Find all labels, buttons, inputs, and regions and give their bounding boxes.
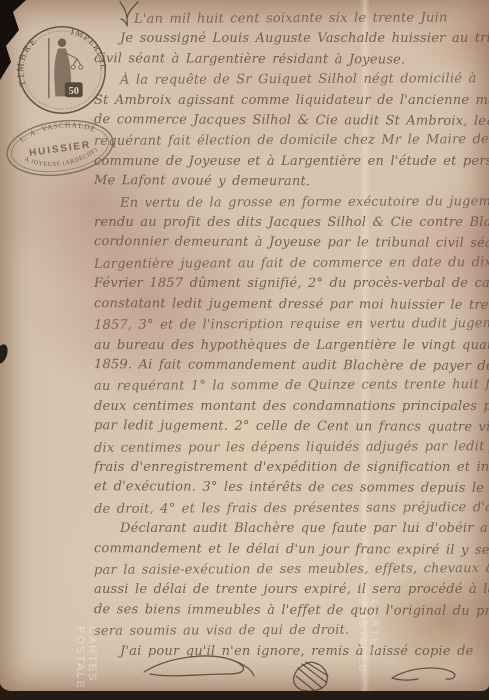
manuscript-line: Me Lafont avoué y demeurant. <box>94 171 485 193</box>
manuscript-line: de ses biens immeubles à l'effet de quoi… <box>94 600 485 622</box>
manuscript-line: Largentière jugeant au fait de commerce … <box>94 253 485 275</box>
manuscript-line: au bureau des hypothèques de Largentière… <box>94 336 485 356</box>
ink-blot <box>0 343 10 365</box>
manuscript-line: St Ambroix agissant comme liquidateur de… <box>94 91 485 111</box>
manuscript-line: deux centimes montant des condamnations … <box>94 397 485 417</box>
manuscript-line: sera soumis au visa de qui de droit. <box>94 620 485 642</box>
manuscript-line: Février 1857 dûment signifié, 2° du proc… <box>94 274 485 294</box>
manuscript-line: requérant fait élection de domicile chez… <box>94 131 485 153</box>
scan-background: TIMBRE IMPERIAL 50 L. A. VASCHALDE HUISS… <box>0 0 489 700</box>
manuscript-line: par ledit jugement. 2° celle de Cent un … <box>94 416 485 438</box>
manuscript-line: dix centimes pour les dépens liquidés ad… <box>94 437 485 459</box>
manuscript-line: commandement et le délai d'un jour franc… <box>94 539 485 561</box>
manuscript-line: L'an mil huit cent soixante six le trent… <box>134 8 485 30</box>
manuscript-line: frais d'enregistrement d'expédition de s… <box>94 458 485 478</box>
manuscript-line: 1857, 3° et de l'inscription requise en … <box>94 314 485 336</box>
manuscript-line: aussi le délai de trente jours expiré, i… <box>94 580 485 600</box>
manuscript-line: par la saisie-exécution de ses meubles, … <box>94 559 485 581</box>
manuscript-line: et d'exécution. 3° les intérêts de ces s… <box>94 477 485 499</box>
manuscript-line: constatant ledit jugement dressé par moi… <box>94 294 485 316</box>
manuscript-lines: L'an mil huit cent soixante six le trent… <box>94 9 485 662</box>
stamp-denomination: 50 <box>69 86 79 97</box>
manuscript-line: de commerce Jacques Silhol & Cie audit S… <box>94 110 485 132</box>
manuscript-line: À la requête de Sr Guiquet Silhol négt d… <box>120 69 485 91</box>
signature-flourish-right <box>388 662 460 686</box>
top-paraphe-flourish <box>112 0 146 28</box>
manuscript-line: cordonnier demeurant à Joyeuse par le tr… <box>94 233 485 255</box>
manuscript-line: Déclarant audit Blachère que faute par l… <box>120 519 485 539</box>
manuscript-line: 1859. Ai fait commandement audit Blachèr… <box>94 355 485 377</box>
manuscript-line: de droit, 4° et les frais des présentes … <box>94 498 485 520</box>
signature-scribble-center <box>286 658 336 691</box>
signature-flourish-left <box>140 650 258 682</box>
manuscript-line: rendu au profit des dits Jacques Silhol … <box>94 213 485 233</box>
manuscript-line: En vertu de la grosse en forme exécutoir… <box>120 192 485 214</box>
manuscript-line: commune de Joyeuse et à Largentière en l… <box>94 152 485 172</box>
manuscript-line: civil séant à Largentière résidant à Joy… <box>94 49 485 71</box>
manuscript-line: Je soussigné Louis Auguste Vaschalde hui… <box>120 29 485 49</box>
watermark-text: CARTES POSTALES <box>356 600 380 691</box>
manuscript-line: au requérant 1° la somme de Quinze cents… <box>94 375 485 397</box>
watermark-text: CARTES POSTALES <box>74 626 98 691</box>
document-page: TIMBRE IMPERIAL 50 L. A. VASCHALDE HUISS… <box>0 0 489 691</box>
